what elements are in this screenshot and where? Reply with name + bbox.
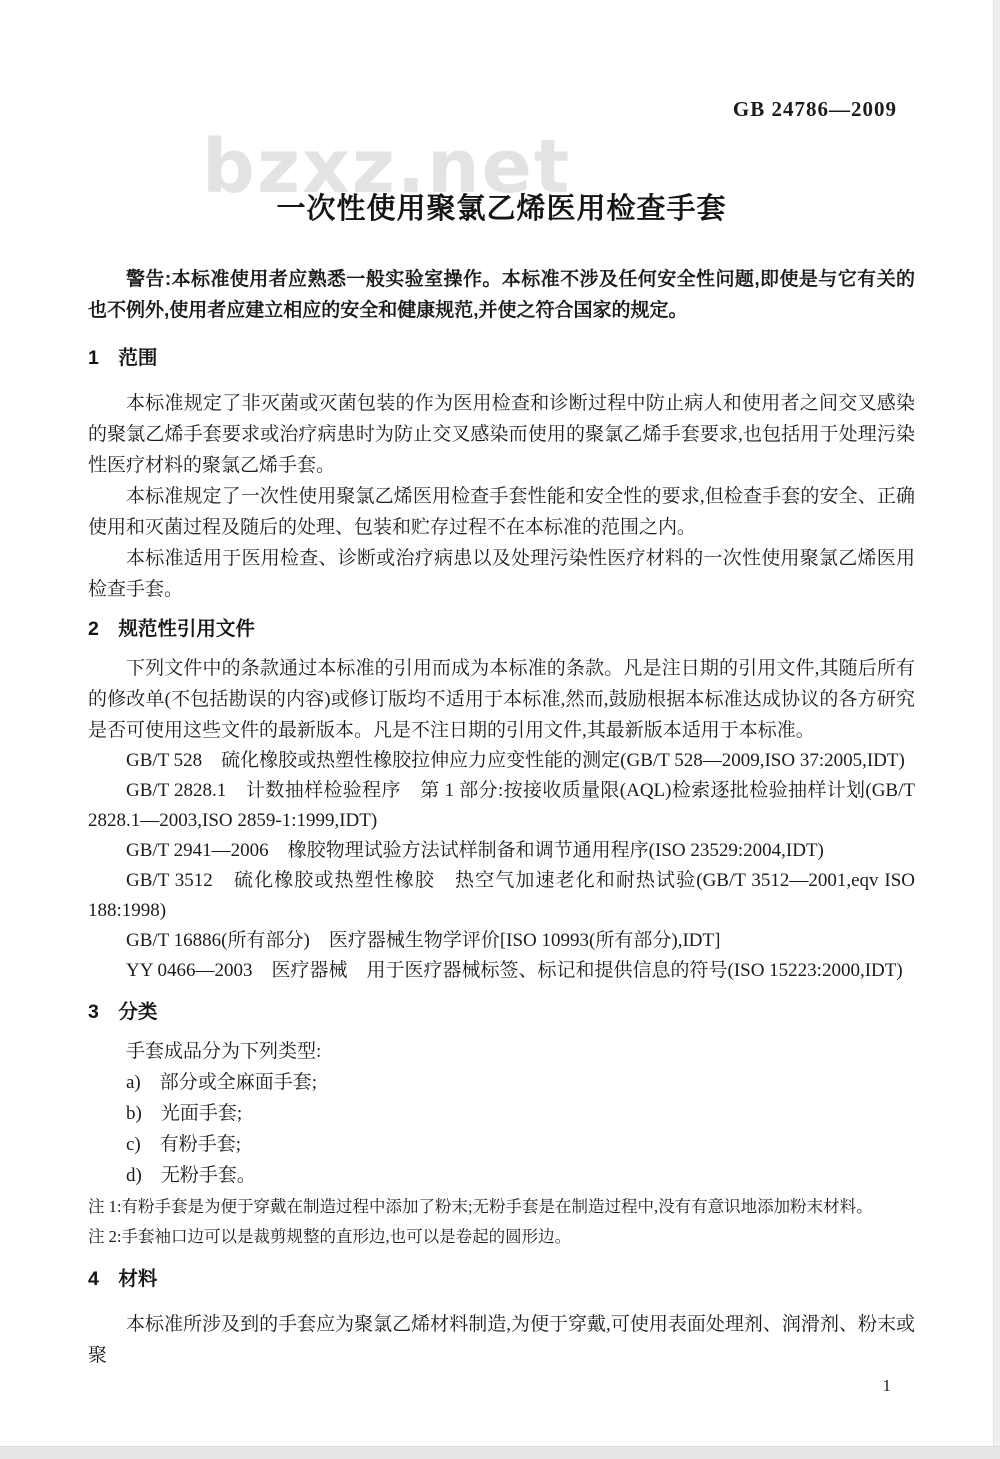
reference-entry: YY 0466—2003 医疗器械 用于医疗器械标签、标记和提供信息的符号(IS… (88, 956, 915, 986)
section-2-heading: 2 规范性引用文件 (88, 617, 915, 641)
section-1-paragraph: 本标准规定了一次性使用聚氯乙烯医用检查手套性能和安全性的要求,但检查手套的安全、… (88, 481, 915, 543)
document-page: bzxz.net GB 24786—2009 一次性使用聚氯乙烯医用检查手套 警… (0, 0, 1000, 1459)
section-1-heading: 1 范围 (88, 346, 915, 370)
section-1-paragraph: 本标准适用于医用检查、诊断或治疗病患以及处理污染性医疗材料的一次性使用聚氯乙烯医… (88, 543, 915, 605)
reference-entry: GB/T 2828.1 计数抽样检验程序 第 1 部分:按接收质量限(AQL)检… (88, 776, 915, 836)
section-4-paragraph: 本标准所涉及到的手套应为聚氯乙烯材料制造,为便于穿戴,可使用表面处理剂、润滑剂、… (88, 1309, 915, 1371)
scan-bottom-edge (0, 1446, 1000, 1459)
section-2-intro: 下列文件中的条款通过本标准的引用而成为本标准的条款。凡是注日期的引用文件,其随后… (88, 653, 915, 746)
reference-entry: GB/T 528 硫化橡胶或热塑性橡胶拉伸应力应变性能的测定(GB/T 528—… (88, 746, 915, 776)
classification-item: b) 光面手套; (88, 1098, 915, 1129)
classification-item: c) 有粉手套; (88, 1129, 915, 1160)
note-2: 注 2:手套袖口边可以是裁剪规整的直形边,也可以是卷起的圆形边。 (88, 1223, 915, 1251)
classification-item: d) 无粉手套。 (88, 1160, 915, 1191)
note-1: 注 1:有粉手套是为便于穿戴在制造过程中添加了粉末;无粉手套是在制造过程中,没有… (88, 1193, 915, 1221)
section-4-heading: 4 材料 (88, 1267, 915, 1291)
classification-item: a) 部分或全麻面手套; (88, 1067, 915, 1098)
reference-entry: GB/T 16886(所有部分) 医疗器械生物学评价[ISO 10993(所有部… (88, 926, 915, 956)
section-1-paragraph: 本标准规定了非灭菌或灭菌包装的作为医用检查和诊断过程中防止病人和使用者之间交叉感… (88, 388, 915, 481)
reference-entry: GB/T 3512 硫化橡胶或热塑性橡胶 热空气加速老化和耐热试验(GB/T 3… (88, 866, 915, 926)
standard-number: GB 24786—2009 (88, 98, 915, 120)
reference-entry: GB/T 2941—2006 橡胶物理试验方法试样制备和调节通用程序(ISO 2… (88, 836, 915, 866)
document-title: 一次性使用聚氯乙烯医用检查手套 (88, 192, 915, 226)
scan-right-edge (993, 0, 1000, 1459)
warning-paragraph: 警告:本标准使用者应熟悉一般实验室操作。本标准不涉及任何安全性问题,即使是与它有… (88, 264, 915, 326)
section-3-heading: 3 分类 (88, 1000, 915, 1024)
page-number: 1 (88, 1375, 915, 1397)
section-3-intro: 手套成品分为下列类型: (88, 1036, 915, 1067)
page-content: GB 24786—2009 一次性使用聚氯乙烯医用检查手套 警告:本标准使用者应… (88, 98, 915, 1397)
